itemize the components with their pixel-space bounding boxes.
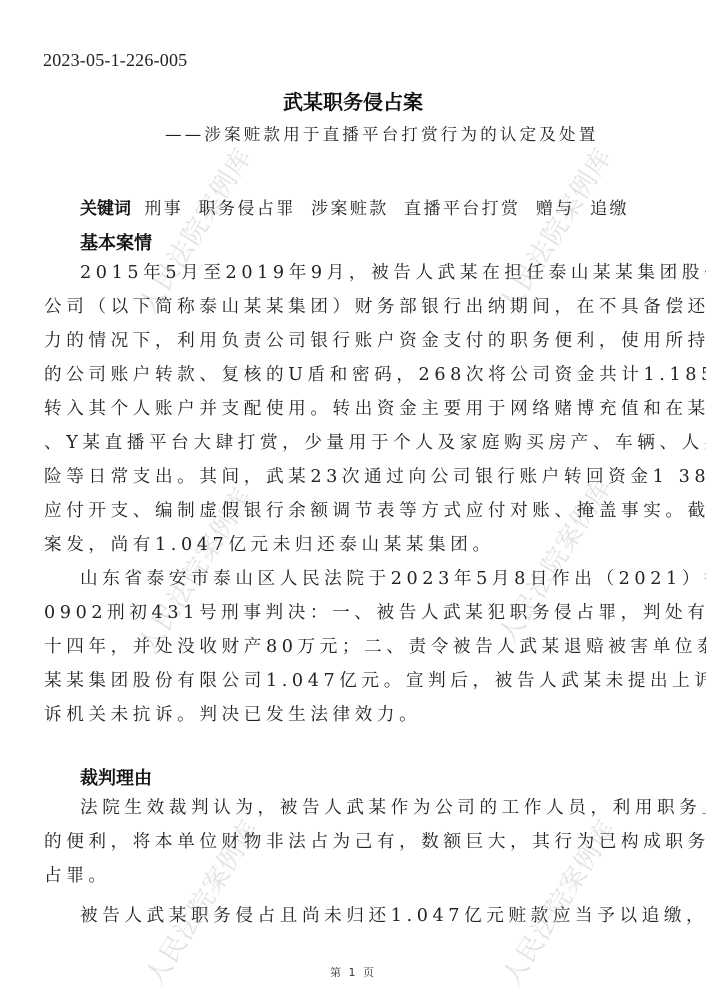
text-line: 某某集团股份有限公司1.047亿元。宣判后，被告人武某未提出上诉，公 <box>44 664 666 698</box>
case-number: 2023-05-1-226-005 <box>43 50 187 71</box>
text-line: 0902刑初431号刑事判决：一、被告人武某犯职务侵占罪，判处有期徒刑 <box>44 596 666 630</box>
section-body-reasoning: 法院生效裁判认为，被告人武某作为公司的工作人员，利用职务上 的便利，将本单位财物… <box>44 791 666 933</box>
title-text: 武某职务侵占案 <box>283 86 423 115</box>
text-line: 公司（以下简称泰山某某集团）财务部银行出纳期间，在不具备偿还能 <box>44 290 666 324</box>
text-line: 占罪。 <box>44 859 666 893</box>
text-line: 的便利，将本单位财物非法占为己有，数额巨大，其行为已构成职务侵 <box>44 825 666 859</box>
text-line: 的公司账户转款、复核的U盾和密码，268次将公司资金共计1.1857亿元 <box>44 358 666 392</box>
keyword: 涉案赃款 <box>311 199 389 219</box>
keywords-label: 关键词 <box>80 199 131 219</box>
keyword: 赠与 <box>536 199 575 219</box>
text-line: 十四年，并处没收财产80万元；二、责令被告人武某退赔被害单位泰山 <box>44 630 666 664</box>
text-line: 诉机关未抗诉。判决已发生法律效力。 <box>44 698 666 732</box>
keyword: 刑事 <box>144 199 183 219</box>
keywords-line: 关键词 刑事 职务侵占罪 涉案赃款 直播平台打赏 赠与 追缴 <box>80 194 639 219</box>
text-line: 案发，尚有1.047亿元未归还泰山某某集团。 <box>44 528 666 562</box>
document-page: 人民法院案例库 人民法院案例库 人民法院案例库 人民法院案例库 人民法院案例库 … <box>0 0 706 999</box>
text-line: 力的情况下，利用负责公司银行账户资金支付的职务便利，使用所持有 <box>44 324 666 358</box>
keyword: 追缴 <box>590 199 629 219</box>
keyword: 直播平台打赏 <box>404 199 520 219</box>
text-line: 应付开支、编制虚假银行余额调节表等方式应付对账、掩盖事实。截至 <box>44 494 666 528</box>
section-heading-basic-facts: 基本案情 <box>80 229 152 255</box>
section-body-basic-facts: 2015年5月至2019年9月，被告人武某在担任泰山某某集团股份有限 公司（以下… <box>44 256 666 732</box>
text-line: 被告人武某职务侵占且尚未归还1.047亿元赃款应当予以追缴，发还 <box>44 899 666 933</box>
text-line: 险等日常支出。其间，武某23次通过向公司银行账户转回资金1 387万元 <box>44 460 666 494</box>
section-heading-reasoning: 裁判理由 <box>80 764 152 790</box>
document-subtitle: ——涉案赃款用于直播平台打赏行为的认定及处置 <box>165 121 598 145</box>
keyword: 职务侵占罪 <box>199 199 296 219</box>
document-title: 武某职务侵占案 <box>0 86 706 115</box>
text-line: 山东省泰安市泰山区人民法院于2023年5月8日作出（2021）鲁 <box>44 562 666 596</box>
text-line: 2015年5月至2019年9月，被告人武某在担任泰山某某集团股份有限 <box>44 256 666 290</box>
page-number: 第 1 页 <box>0 964 706 980</box>
text-line: 、Y某直播平台大肆打赏，少量用于个人及家庭购买房产、车辆、人身保 <box>44 426 666 460</box>
text-line: 法院生效裁判认为，被告人武某作为公司的工作人员，利用职务上 <box>44 791 666 825</box>
text-line: 转入其个人账户并支配使用。转出资金主要用于网络赌博充值和在某某 <box>44 392 666 426</box>
